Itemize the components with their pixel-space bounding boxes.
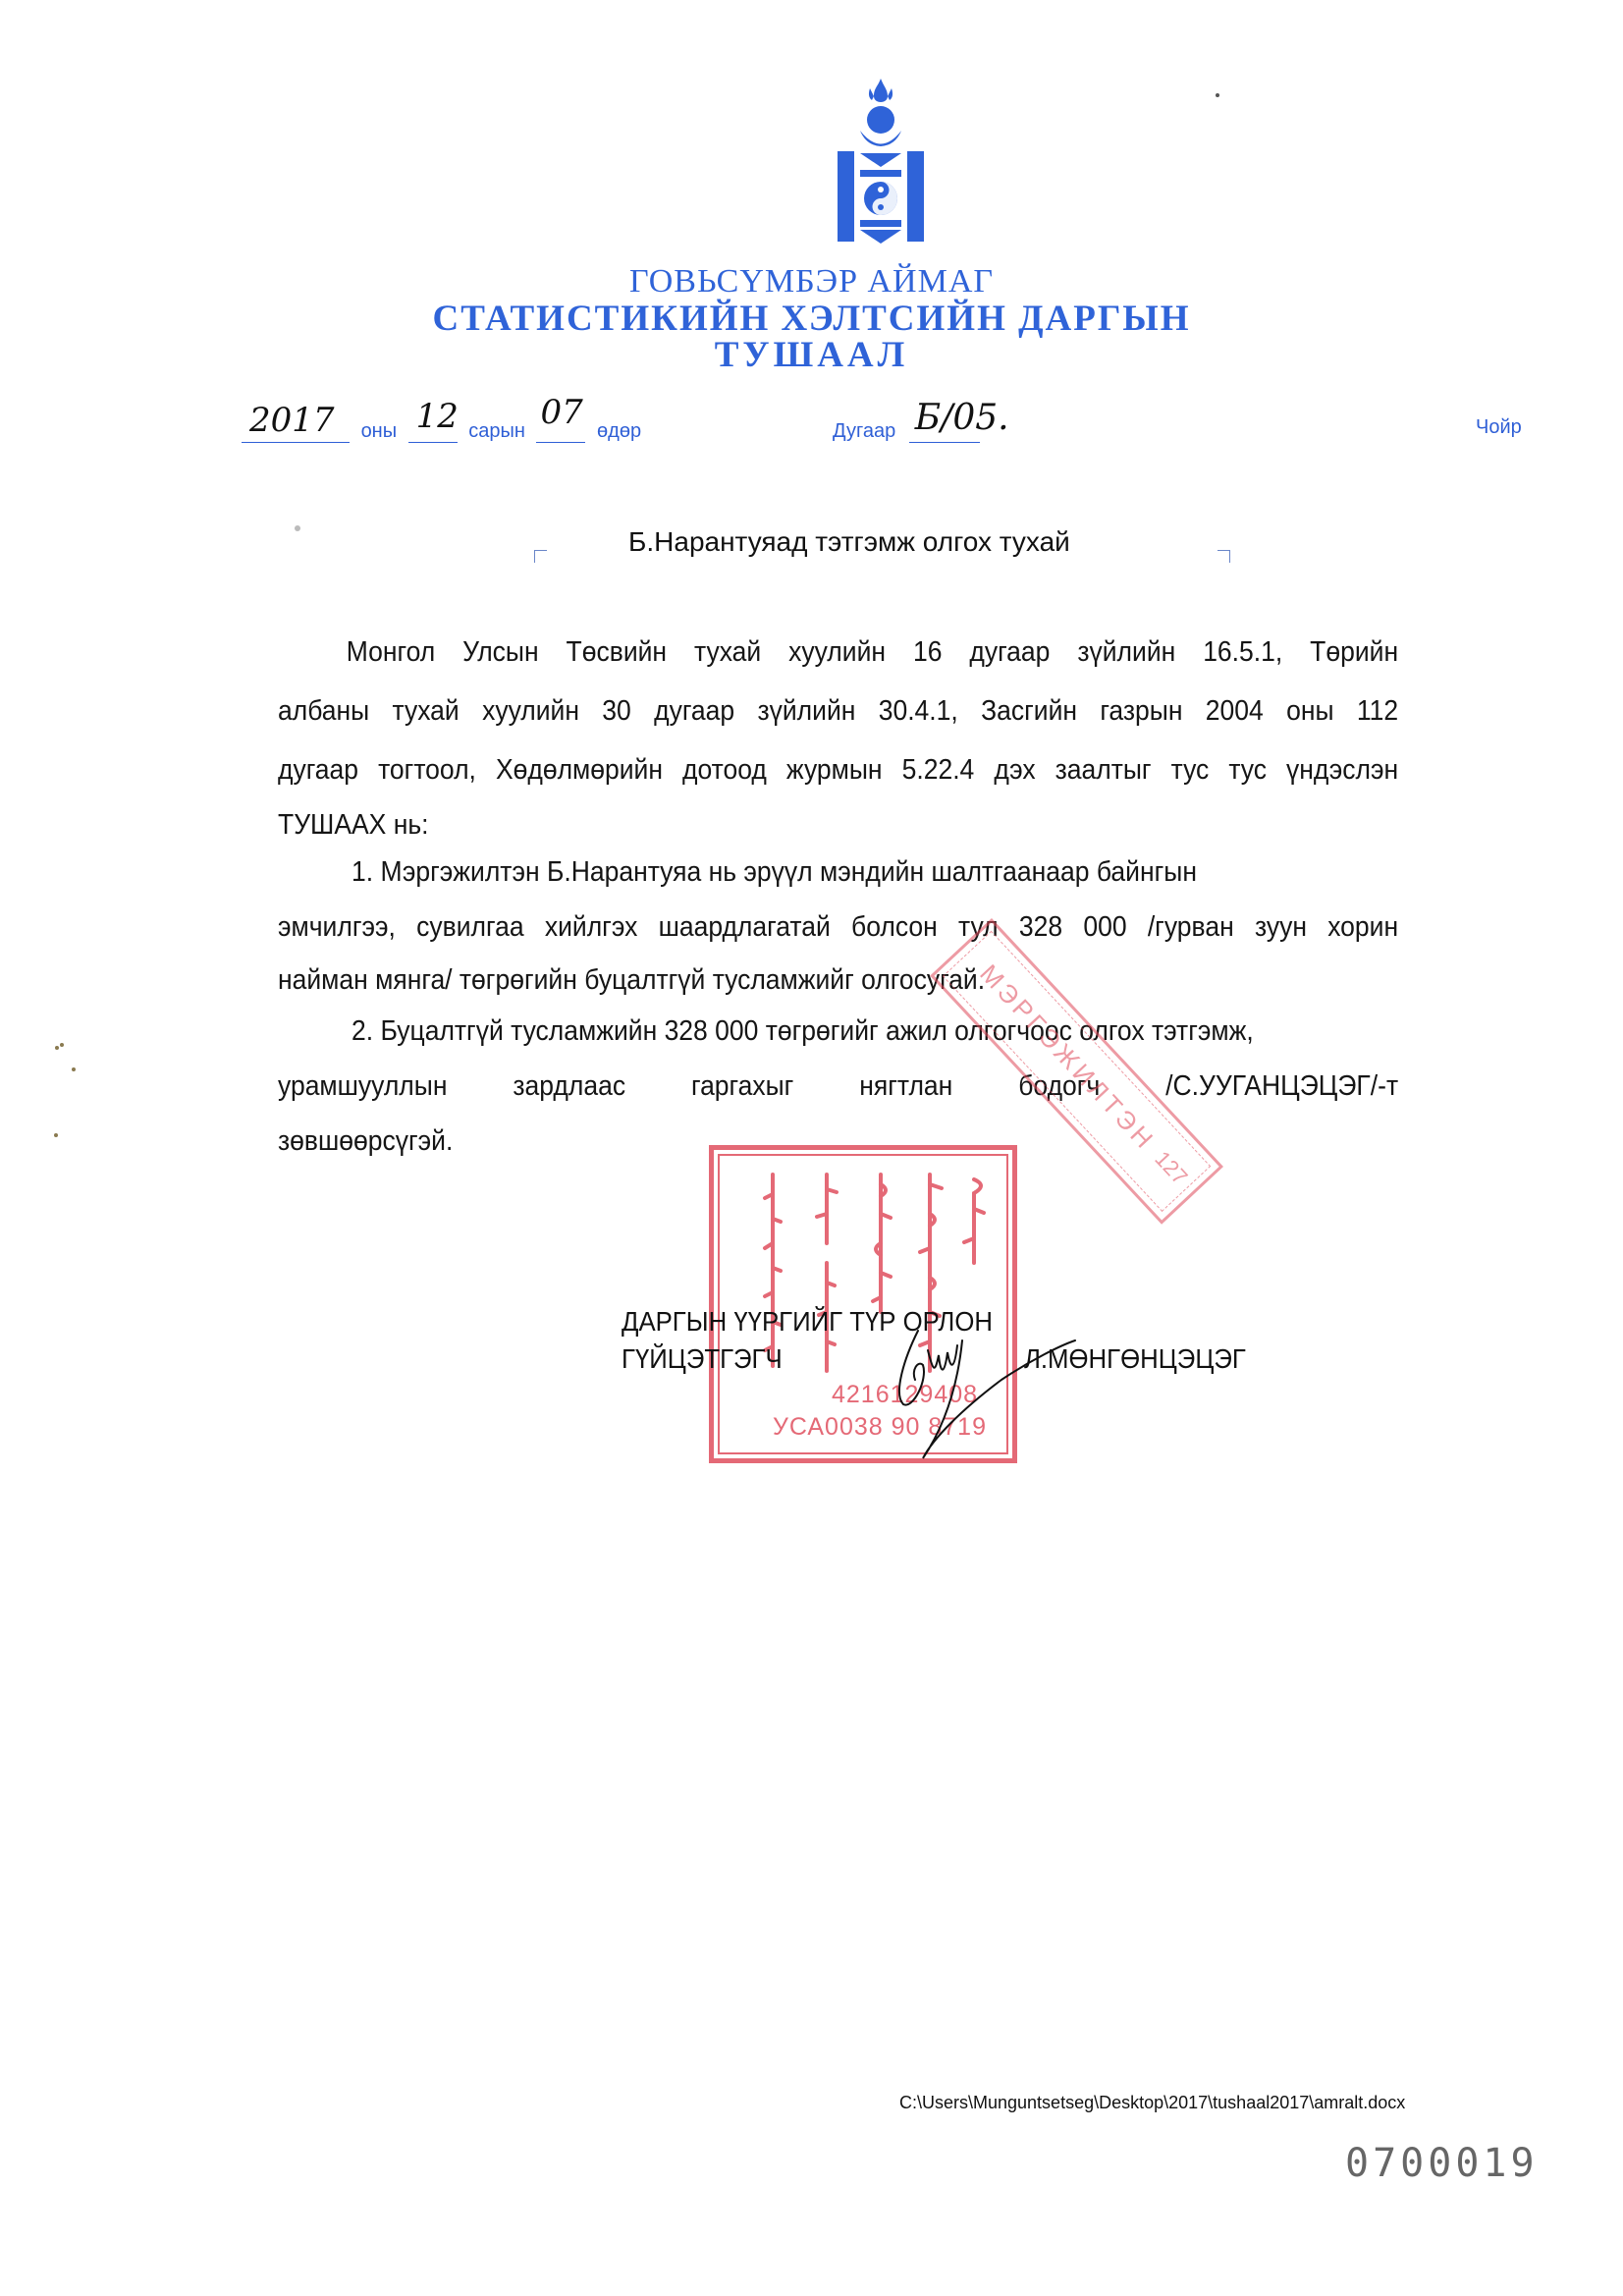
preamble-line-1: Монгол Улсын Төсвийн тухай хуулийн 16 ду…: [278, 638, 1398, 666]
document-serial-number: 0700019: [1345, 2141, 1539, 2186]
year-field: 2017: [242, 416, 350, 443]
month-handwritten: 12: [416, 397, 459, 436]
day-field: 07: [536, 416, 585, 443]
preamble-line-4: ТУШААХ нь:: [278, 811, 1398, 839]
file-path: C:\Users\Munguntsetseg\Desktop\2017\tush…: [899, 2093, 1405, 2113]
year-label: оны: [361, 420, 398, 442]
item-1-line-2: эмчилгээ, сувилгаа хийлгэх шаардлагатай …: [278, 913, 1398, 941]
preamble-line-2: албаны тухай хуулийн 30 дугаар зүйлийн 3…: [278, 697, 1398, 725]
date-line: 2017 оны 12 сарын 07 өдөр: [242, 416, 641, 443]
item-2-line-2: урамшууллын зардлаас гаргахыг нягтлан бо…: [278, 1072, 1398, 1100]
scan-speck: [55, 1046, 59, 1050]
scan-speck: [60, 1043, 64, 1047]
scan-speck: [295, 525, 300, 531]
item-1-line-3: найман мянга/ төгрөгийн буцалтгүй туслам…: [278, 966, 1398, 994]
year-handwritten: 2017: [249, 401, 335, 440]
subject-bracket-left: [534, 550, 547, 563]
month-field: 12: [408, 416, 458, 443]
day-label: өдөр: [597, 420, 641, 442]
number-label: Дугаар: [833, 420, 895, 442]
handwritten-signature: [874, 1311, 1080, 1468]
month-label: сарын: [468, 420, 525, 442]
subject-title: Б.Нарантуяад тэтгэмж олгох тухай: [628, 526, 1070, 558]
item-1-line-1: 1. Мэргэжилтэн Б.Нарантуяа нь эрүүл мэнд…: [352, 858, 1472, 886]
number-field: Б/05.: [909, 416, 980, 443]
item-2-line-1: 2. Буцалтгүй тусламжийн 328 000 төгрөгий…: [352, 1017, 1472, 1045]
day-handwritten: 07: [540, 393, 582, 432]
subject-bracket-right: [1217, 550, 1230, 563]
scan-speck: [54, 1133, 58, 1137]
soyombo-emblem-icon: [835, 77, 928, 248]
order-number-line: Дугаар Б/05.: [833, 416, 980, 443]
number-handwritten: Б/05.: [915, 398, 1009, 438]
province-name: ГОВЬСҮМБЭР АЙМАГ: [0, 263, 1623, 301]
scan-speck: [72, 1067, 76, 1071]
place-name: Чойр: [1476, 416, 1522, 439]
scan-speck: [1216, 93, 1219, 97]
document-type-title: ТУШААЛ: [0, 334, 1623, 376]
signatory-title-line-2: ГҮЙЦЭТГЭГЧ: [622, 1343, 783, 1375]
preamble-line-3: дугаар тогтоол, Хөдөлмөрийн дотоод журмы…: [278, 756, 1398, 784]
